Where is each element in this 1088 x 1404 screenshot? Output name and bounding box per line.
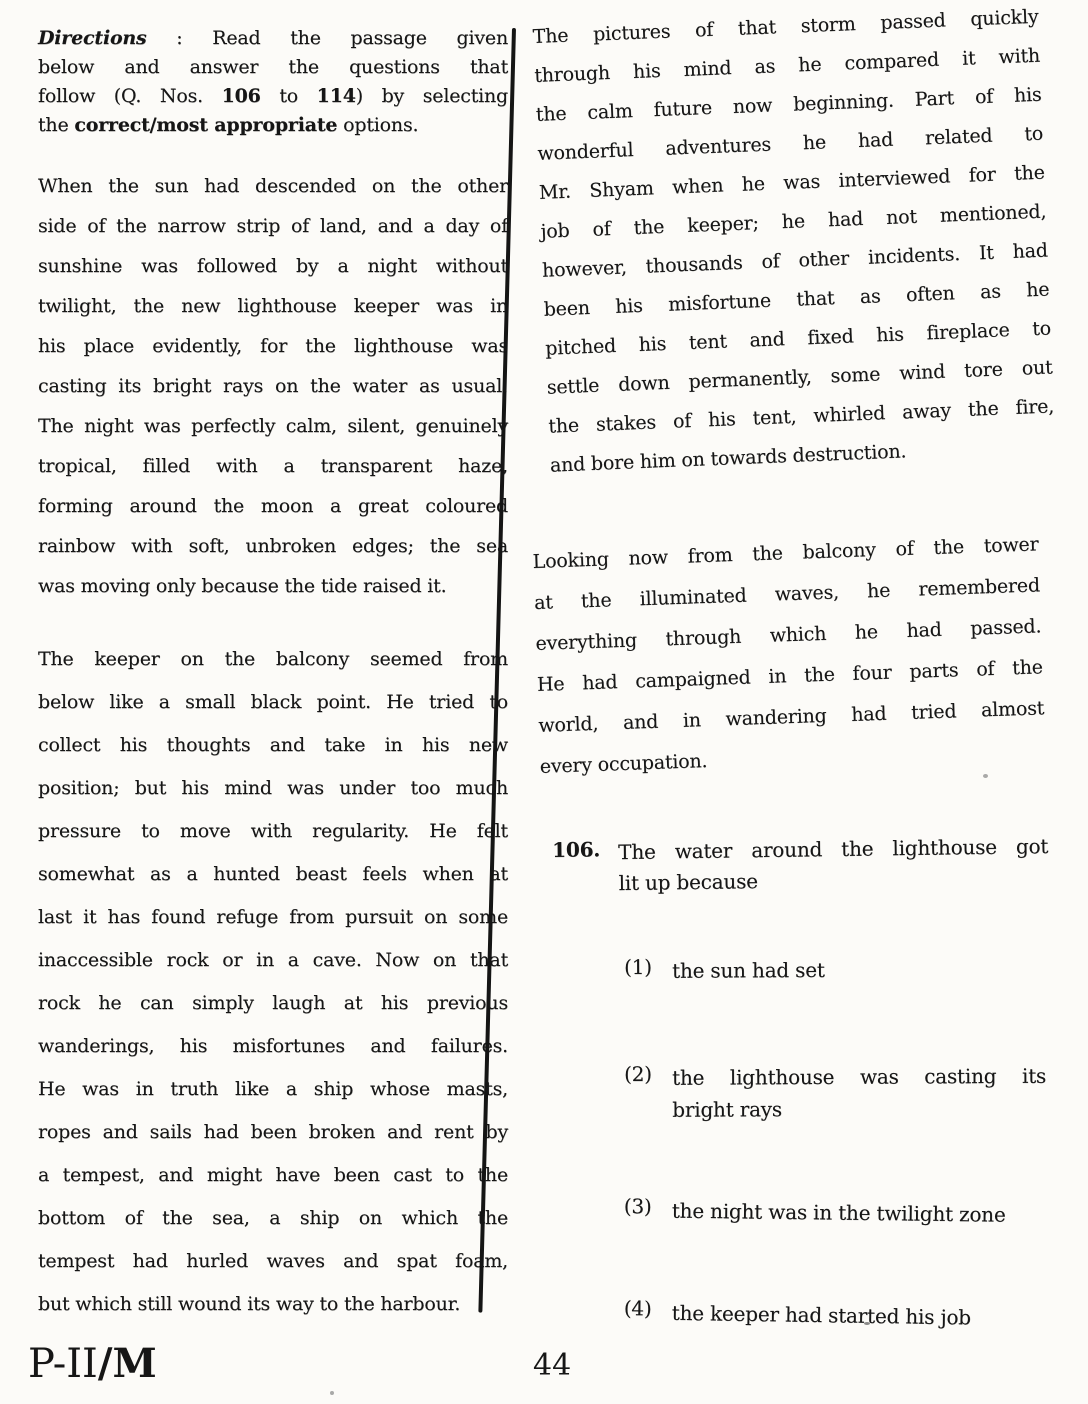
text-line: was moving only because the tide raised … bbox=[38, 566, 508, 606]
text-line: bottom of the sea, a ship on which the bbox=[38, 1197, 508, 1240]
text-line: collect his thoughts and take in his new bbox=[38, 724, 508, 767]
option-2-text: the lighthouse was casting itsbright ray… bbox=[672, 1060, 1046, 1126]
text-line: tempest had hurled waves and spat foam, bbox=[38, 1240, 508, 1283]
text-line: the keeper had started his job bbox=[671, 1297, 1045, 1335]
question-106-option-4: (4) the keeper had started his job bbox=[623, 1296, 1045, 1335]
text-segment: 106 bbox=[222, 85, 261, 107]
scan-speck bbox=[983, 774, 988, 778]
text-segment: Directions bbox=[38, 27, 147, 49]
option-1-number: (1) bbox=[624, 955, 672, 987]
question-106: 106. The water around the lighthouse got… bbox=[552, 831, 1053, 900]
text-line: a tempest, and might have been cast to t… bbox=[38, 1154, 508, 1197]
text-line: twilight, the new lighthouse keeper was … bbox=[38, 286, 508, 326]
option-2-number: (2) bbox=[624, 1062, 672, 1126]
passage-paragraph-2: The keeper on the balcony seemed frombel… bbox=[38, 638, 508, 1326]
text-line: his place evidently, for the lighthouse … bbox=[38, 326, 508, 366]
text-line: the correct/most appropriate options. bbox=[38, 111, 508, 140]
text-line: casting its bright rays on the water as … bbox=[38, 366, 508, 406]
text-segment: : Read the passage given bbox=[147, 27, 508, 49]
passage-paragraph-4: Looking now from the balcony of the towe… bbox=[532, 524, 1046, 788]
text-line: position; but his mind was under too muc… bbox=[38, 767, 508, 810]
text-line: the lighthouse was casting its bbox=[672, 1060, 1046, 1094]
text-line: the sun had set bbox=[672, 953, 1046, 987]
paper-code-bold: /M bbox=[98, 1340, 157, 1387]
text-line: tropical, filled with a transparent haze… bbox=[38, 446, 508, 486]
text-line: the night was in the twilight zone bbox=[672, 1195, 1046, 1232]
text-line: but which still wound its way to the har… bbox=[38, 1283, 508, 1326]
page-number: 44 bbox=[533, 1348, 571, 1383]
passage-paragraph-1: When the sun had descended on the others… bbox=[38, 166, 508, 606]
paper-code: P-II/M bbox=[28, 1340, 157, 1387]
directions-paragraph: Directions : Read the passage givenbelow… bbox=[38, 24, 508, 140]
scanned-exam-page: Directions : Read the passage givenbelow… bbox=[0, 0, 1088, 1404]
scan-speck bbox=[864, 1322, 870, 1325]
text-segment: options. bbox=[337, 114, 418, 136]
text-segment: to bbox=[261, 85, 317, 107]
text-line: side of the narrow strip of land, and a … bbox=[38, 206, 508, 246]
paper-code-regular: P-II bbox=[28, 1341, 98, 1387]
text-line: inaccessible rock or in a cave. Now on t… bbox=[38, 939, 508, 982]
text-line: forming around the moon a great coloured bbox=[38, 486, 508, 526]
text-segment: correct/most appropriate bbox=[74, 114, 337, 136]
text-line: somewhat as a hunted beast feels when at bbox=[38, 853, 508, 896]
text-line: lit up because bbox=[618, 862, 1048, 899]
passage-paragraph-3: The pictures of that storm passed quickl… bbox=[532, 0, 1056, 486]
text-line: pressure to move with regularity. He fel… bbox=[38, 810, 508, 853]
question-106-option-1: (1) the sun had set bbox=[624, 953, 1046, 987]
text-line: rock he can simply laugh at his previous bbox=[38, 982, 508, 1025]
scan-speck bbox=[330, 1391, 334, 1395]
text-segment: follow (Q. Nos. bbox=[38, 85, 222, 107]
text-segment: 114 bbox=[317, 85, 356, 107]
option-4-text: the keeper had started his job bbox=[671, 1297, 1045, 1335]
question-106-text: The water around the lighthouse gotlit u… bbox=[618, 831, 1049, 899]
text-line: The keeper on the balcony seemed from bbox=[38, 638, 508, 681]
question-106-number: 106. bbox=[552, 837, 619, 900]
text-line: follow (Q. Nos. 106 to 114) by selecting bbox=[38, 82, 508, 111]
text-line: last it has found refuge from pursuit on… bbox=[38, 896, 508, 939]
text-line: bright rays bbox=[672, 1092, 1046, 1126]
question-106-option-2: (2) the lighthouse was casting itsbright… bbox=[624, 1060, 1046, 1126]
text-line: The night was perfectly calm, silent, ge… bbox=[38, 406, 508, 446]
text-line: below and answer the questions that bbox=[38, 53, 508, 82]
text-line: ropes and sails had been broken and rent… bbox=[38, 1111, 508, 1154]
text-line: below like a small black point. He tried… bbox=[38, 681, 508, 724]
text-line: When the sun had descended on the other bbox=[38, 166, 508, 206]
text-line: rainbow with soft, unbroken edges; the s… bbox=[38, 526, 508, 566]
text-line: sunshine was followed by a night without bbox=[38, 246, 508, 286]
text-segment: the bbox=[38, 114, 74, 136]
question-106-option-3: (3) the night was in the twilight zone bbox=[624, 1194, 1046, 1231]
text-segment: below and answer the questions that bbox=[38, 56, 508, 78]
text-segment: ) by selecting bbox=[356, 85, 508, 107]
text-line: The water around the lighthouse got bbox=[618, 831, 1048, 868]
option-3-text: the night was in the twilight zone bbox=[672, 1195, 1046, 1232]
option-1-text: the sun had set bbox=[672, 953, 1046, 987]
text-line: He was in truth like a ship whose masts, bbox=[38, 1068, 508, 1111]
text-line: wanderings, his misfortunes and failures… bbox=[38, 1025, 508, 1068]
right-column: The pictures of that storm passed quickl… bbox=[528, 0, 1058, 1404]
option-4-number: (4) bbox=[623, 1296, 671, 1329]
text-line: Directions : Read the passage given bbox=[38, 24, 508, 53]
option-3-number: (3) bbox=[624, 1194, 672, 1227]
